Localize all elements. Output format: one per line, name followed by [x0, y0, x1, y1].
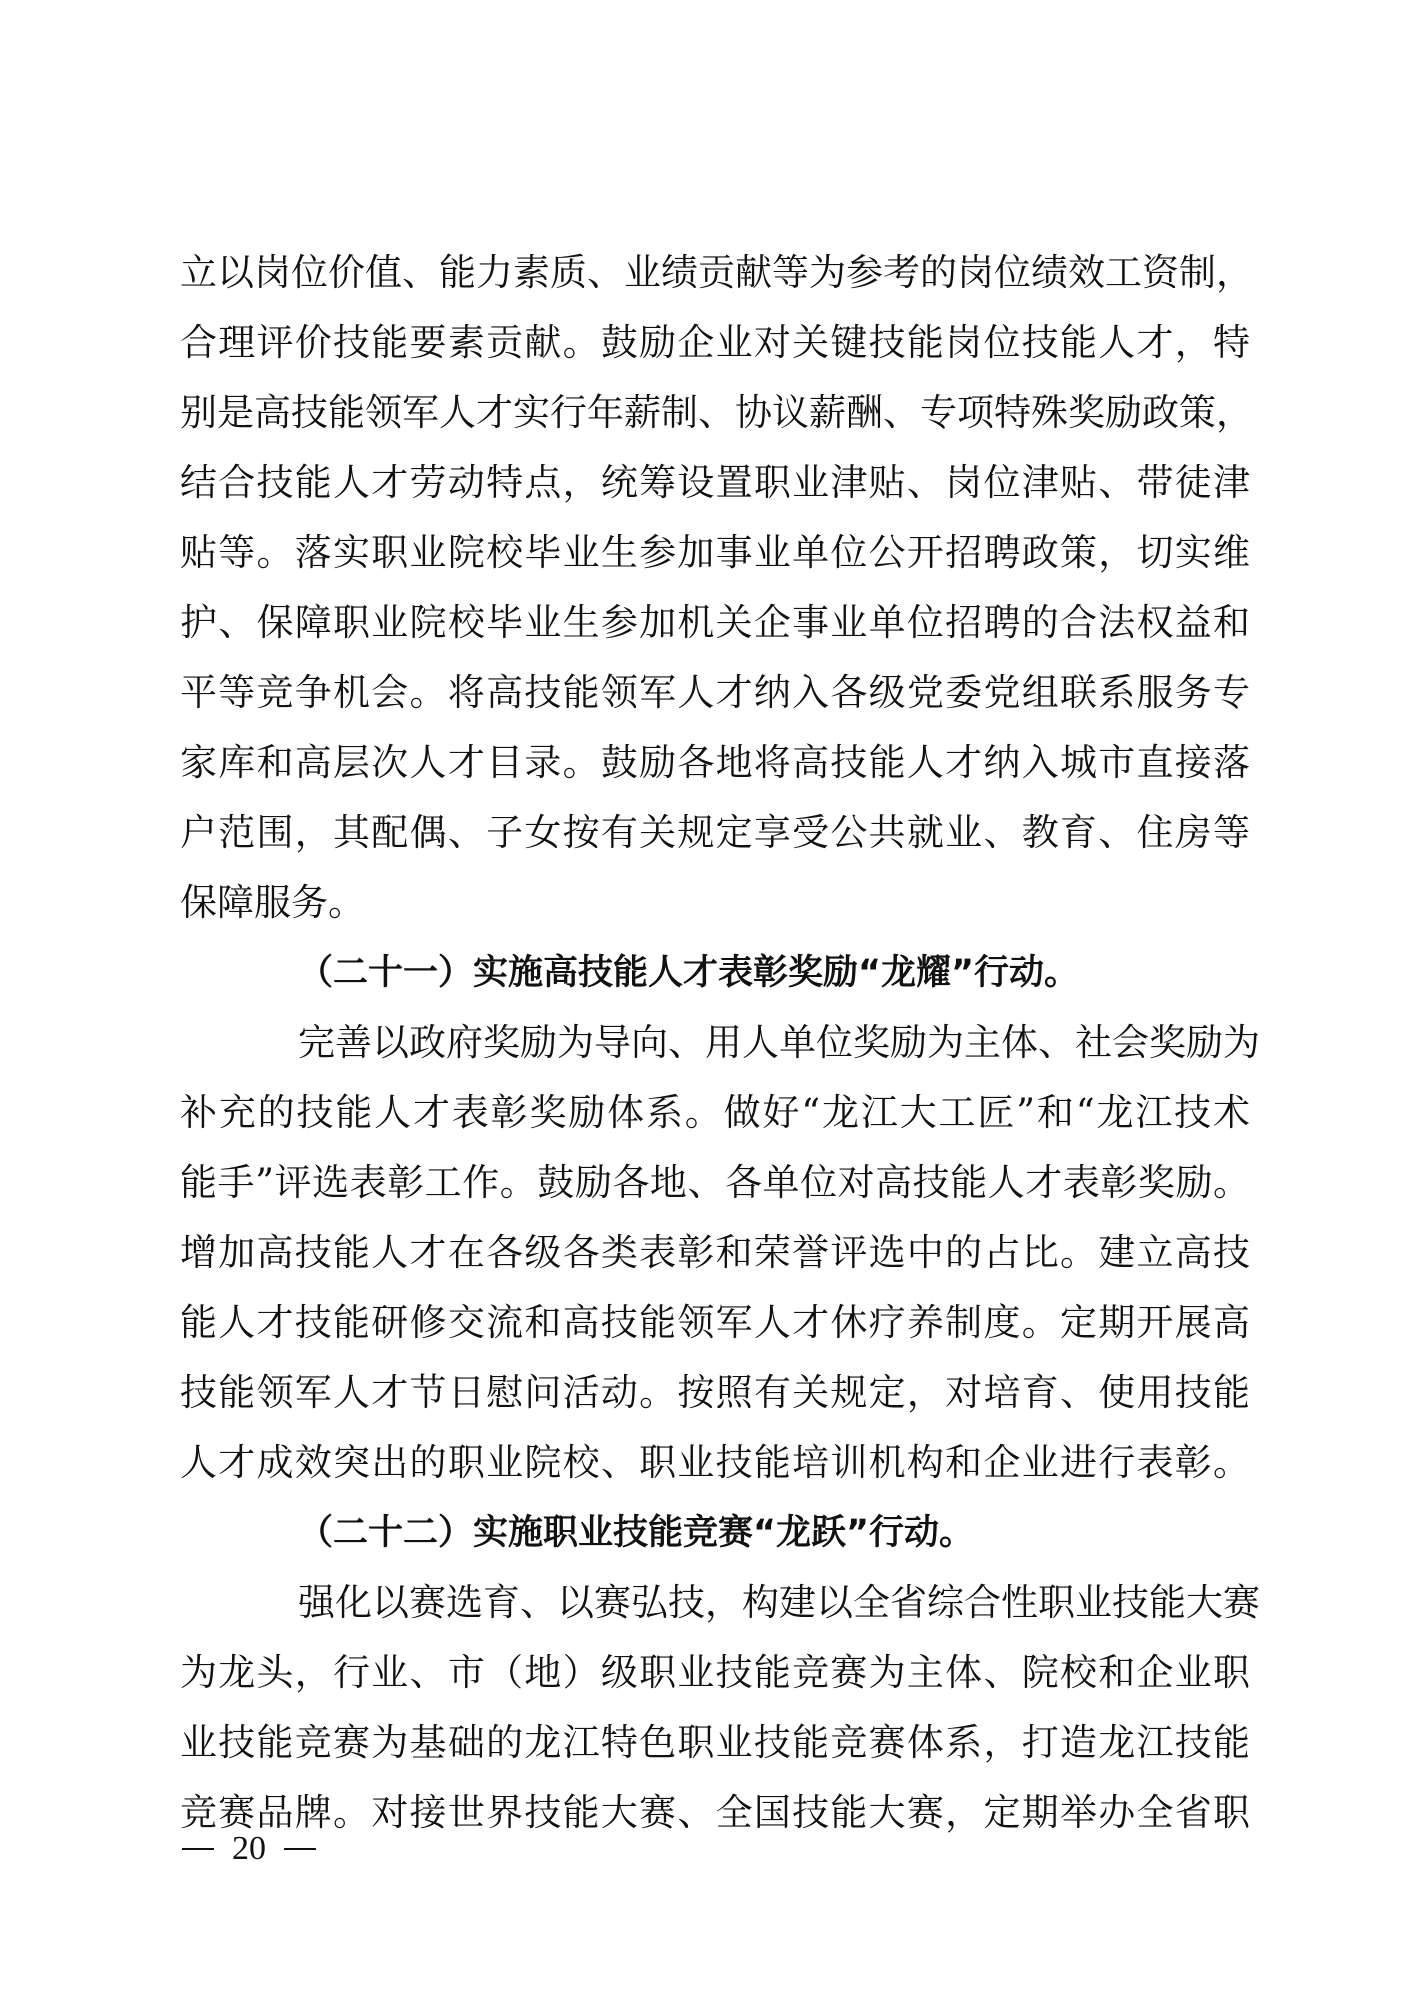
section-heading-21: （二十一）实施高技能人才表彰奖励“龙耀”行动。 — [180, 938, 1250, 1008]
paragraph-longyao-action: 完善以政府奖励为导向、用人单位奖励为主体、社会奖励为 补充的技能人才表彰奖励体系… — [180, 1008, 1250, 1498]
text-line: 竞赛品牌。对接世界技能大赛、全国技能大赛，定期举办全省职 — [180, 1778, 1250, 1848]
dash-left — [182, 1848, 214, 1850]
text-line: 技能领军人才节日慰问活动。按照有关规定，对培育、使用技能 — [180, 1358, 1250, 1428]
text-line: 合理评价技能要素贡献。鼓励企业对关键技能岗位技能人才，特 — [180, 308, 1250, 378]
text-line: 别是高技能领军人才实行年薪制、协议薪酬、专项特殊奖励政策， — [180, 378, 1250, 448]
document-page: 立以岗位价值、能力素质、业绩贡献等为参考的岗位绩效工资制， 合理评价技能要素贡献… — [180, 238, 1250, 1848]
text-line: 为龙头，行业、市（地）级职业技能竞赛为主体、院校和企业职 — [180, 1638, 1250, 1708]
text-line: 补充的技能人才表彰奖励体系。做好“龙江大工匠”和“龙江技术 — [180, 1078, 1250, 1148]
text-line: 能手”评选表彰工作。鼓励各地、各单位对高技能人才表彰奖励。 — [180, 1148, 1250, 1218]
page-number: 20 — [182, 1830, 316, 1868]
text-line: 平等竞争机会。将高技能领军人才纳入各级党委党组联系服务专 — [180, 658, 1250, 728]
text-line: 业技能竞赛为基础的龙江特色职业技能竞赛体系，打造龙江技能 — [180, 1708, 1250, 1778]
text-line: 贴等。落实职业院校毕业生参加事业单位公开招聘政策，切实维 — [180, 518, 1250, 588]
text-line: 保障服务。 — [180, 868, 1250, 938]
text-line: 户范围，其配偶、子女按有关规定享受公共就业、教育、住房等 — [180, 798, 1250, 868]
text-line: 结合技能人才劳动特点，统筹设置职业津贴、岗位津贴、带徒津 — [180, 448, 1250, 518]
paragraph-salary-policy: 立以岗位价值、能力素质、业绩贡献等为参考的岗位绩效工资制， 合理评价技能要素贡献… — [180, 238, 1250, 938]
text-line: 完善以政府奖励为导向、用人单位奖励为主体、社会奖励为 — [180, 1008, 1250, 1078]
section-heading-22: （二十二）实施职业技能竞赛“龙跃”行动。 — [180, 1498, 1250, 1568]
text-line: 家库和高层次人才目录。鼓励各地将高技能人才纳入城市直接落 — [180, 728, 1250, 798]
page-number-value: 20 — [232, 1830, 266, 1868]
text-line: 人才成效突出的职业院校、职业技能培训机构和企业进行表彰。 — [180, 1428, 1250, 1498]
text-line: 增加高技能人才在各级各类表彰和荣誉评选中的占比。建立高技 — [180, 1218, 1250, 1288]
text-line: 强化以赛选育、以赛弘技，构建以全省综合性职业技能大赛 — [180, 1568, 1250, 1638]
text-line: 护、保障职业院校毕业生参加机关企事业单位招聘的合法权益和 — [180, 588, 1250, 658]
text-line: 能人才技能研修交流和高技能领军人才休疗养制度。定期开展高 — [180, 1288, 1250, 1358]
dash-right — [284, 1848, 316, 1850]
text-line: 立以岗位价值、能力素质、业绩贡献等为参考的岗位绩效工资制， — [180, 238, 1250, 308]
paragraph-longyue-action: 强化以赛选育、以赛弘技，构建以全省综合性职业技能大赛 为龙头，行业、市（地）级职… — [180, 1568, 1250, 1848]
